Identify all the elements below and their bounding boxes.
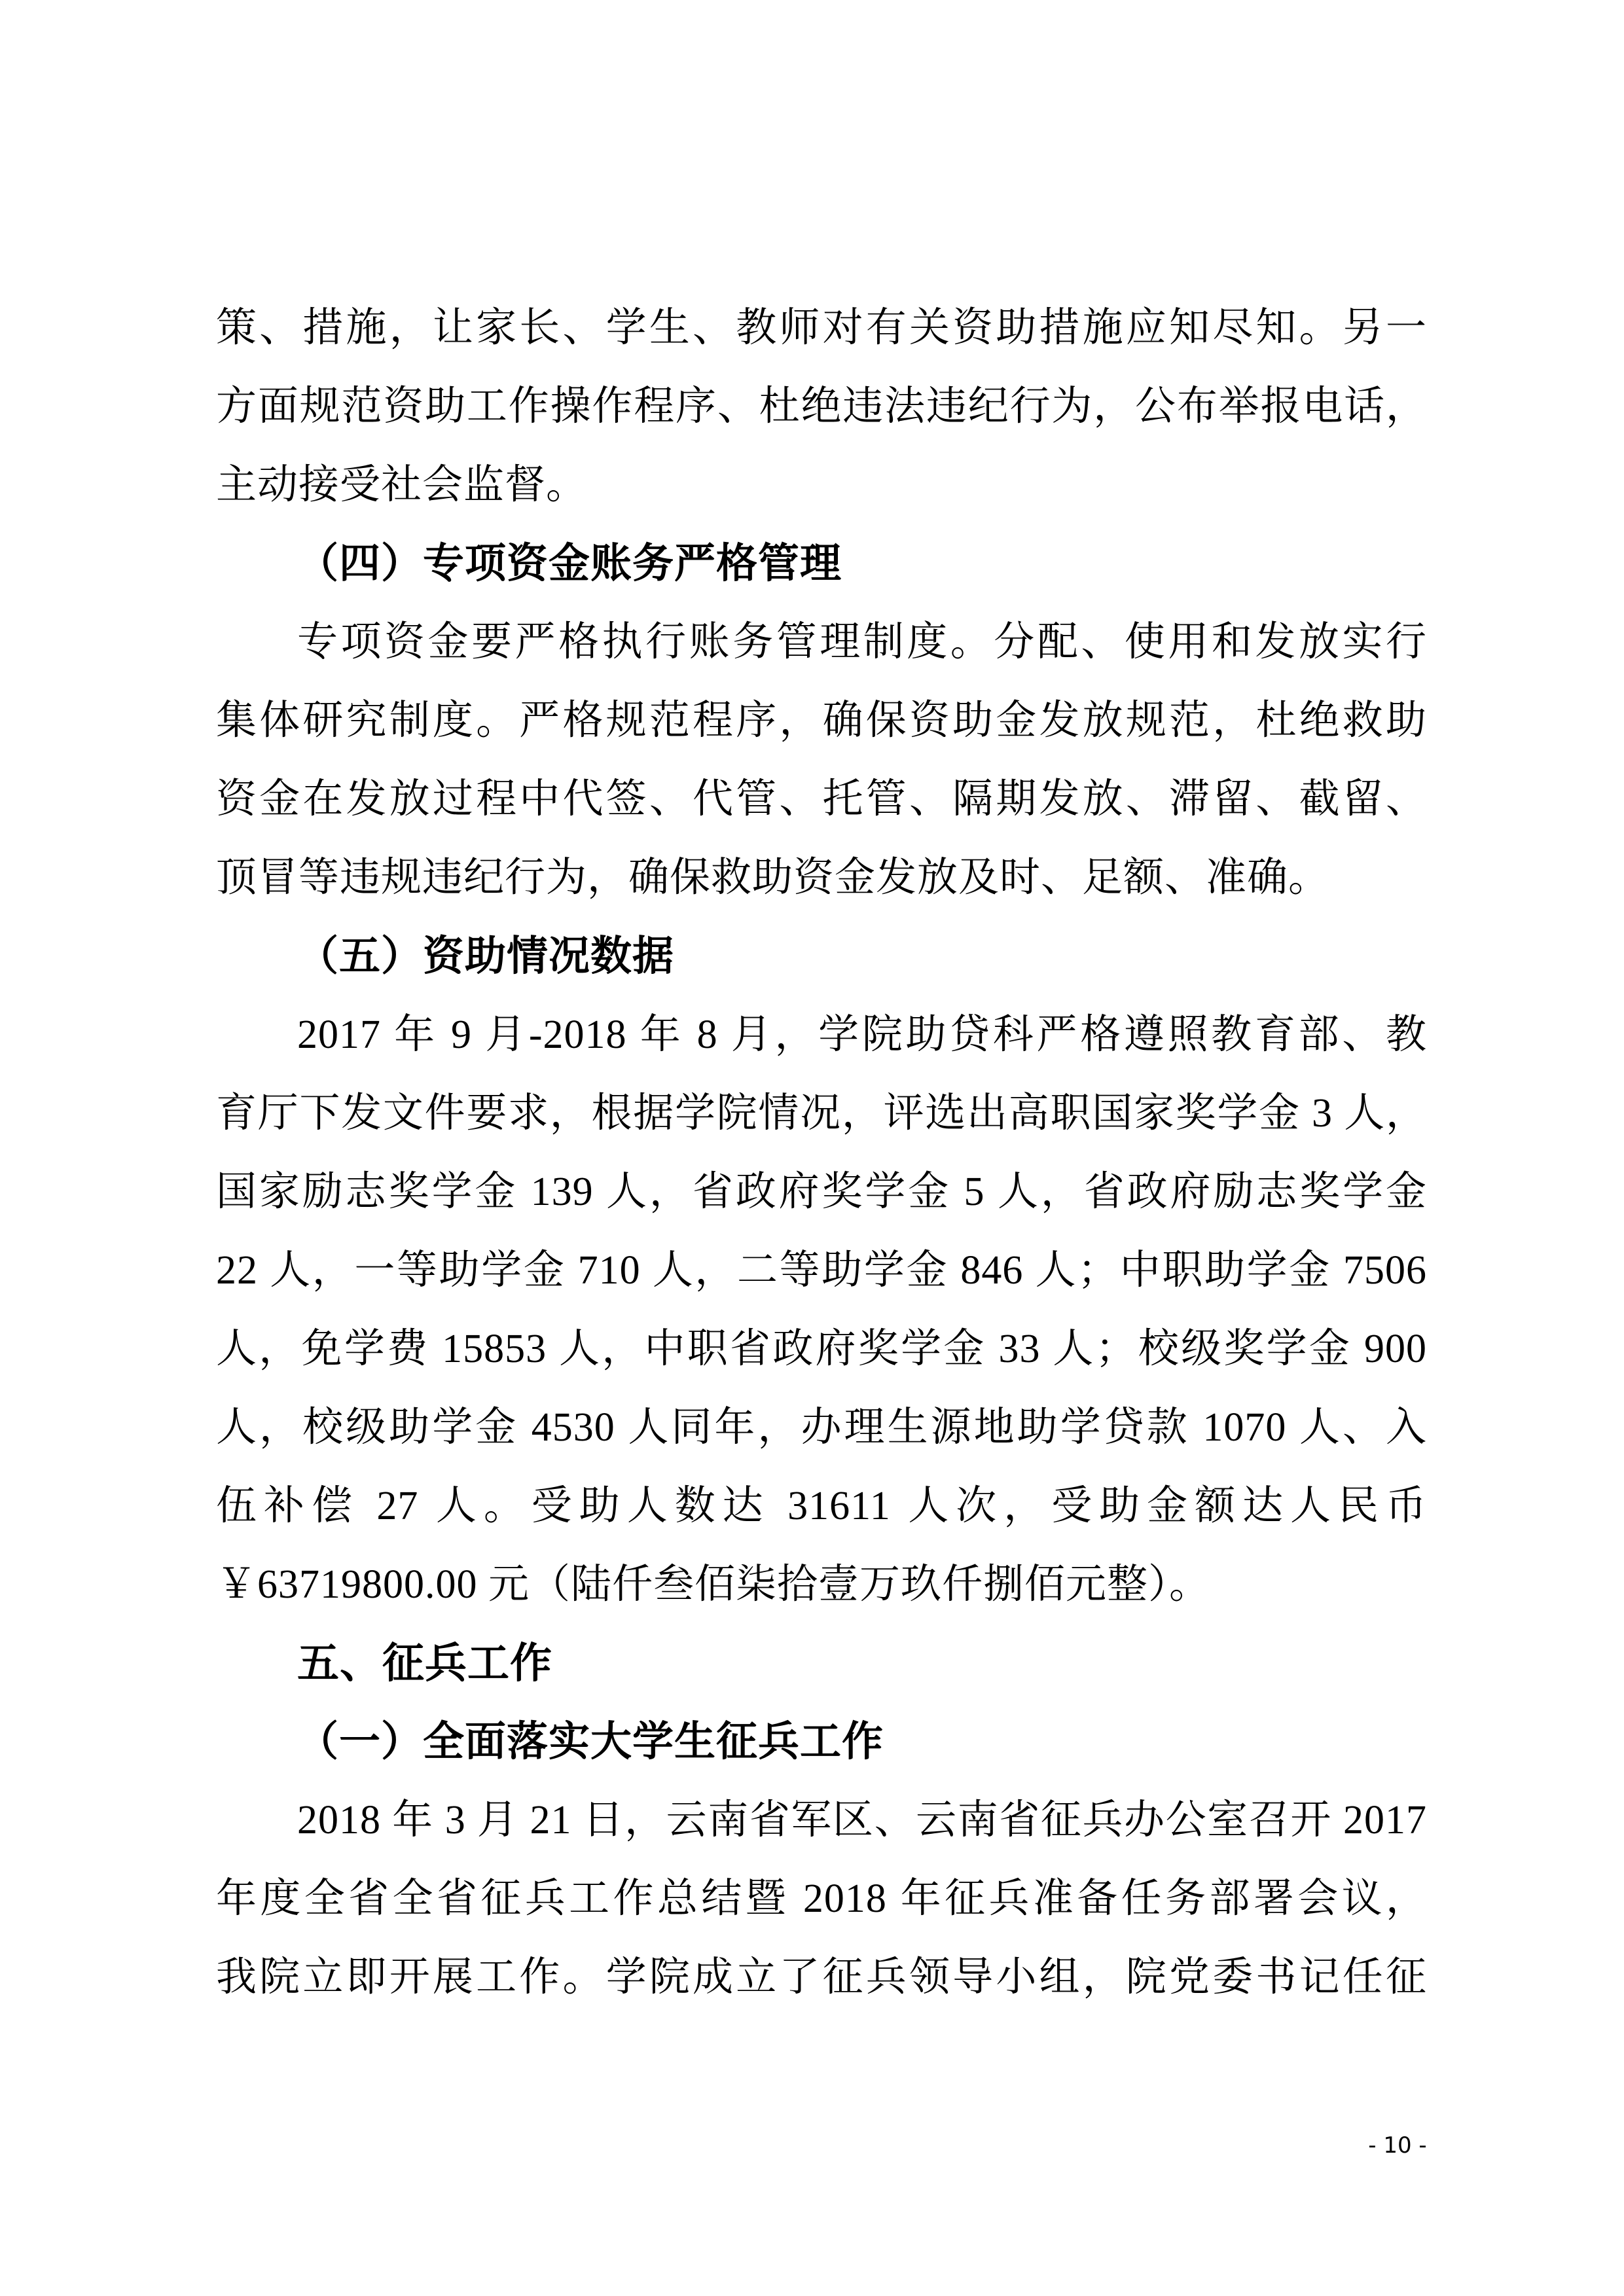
text-line: 22 人，一等助学金 710 人，二等助学金 846 人；中职助学金 7506: [216, 1231, 1427, 1310]
text-line: 我院立即开展工作。学院成立了征兵领导小组，院党委书记任征: [216, 1938, 1427, 2017]
text-block: 策、措施，让家长、学生、教师对有关资助措施应知尽知。另一方面规范资助工作操作程序…: [216, 289, 1427, 2017]
text-line: 伍补偿 27 人。受助人数达 31611 人次，受助金额达人民币: [216, 1467, 1427, 1545]
page-number: - 10 -: [1335, 2127, 1460, 2164]
text-line: 国家励志奖学金 139 人，省政府奖学金 5 人，省政府励志奖学金: [216, 1153, 1427, 1231]
text-line: ￥63719800.00 元（陆仟叁佰柒拾壹万玖仟捌佰元整）。: [216, 1545, 1427, 1624]
text-line: 人，校级助学金 4530 人同年，办理生源地助学贷款 1070 人、入: [216, 1388, 1427, 1467]
document-page: 策、措施，让家长、学生、教师对有关资助措施应知尽知。另一方面规范资助工作操作程序…: [0, 0, 1624, 2296]
text-line: 专项资金要严格执行账务管理制度。分配、使用和发放实行: [216, 603, 1427, 681]
subsection-heading: （一）全面落实大学生征兵工作: [216, 1702, 1427, 1781]
subsection-heading: （五）资助情况数据: [216, 917, 1427, 996]
text-line: 策、措施，让家长、学生、教师对有关资助措施应知尽知。另一: [216, 289, 1427, 367]
text-line: 2018 年 3 月 21 日，云南省军区、云南省征兵办公室召开 2017: [216, 1781, 1427, 1859]
text-line: 方面规范资助工作操作程序、杜绝违法违纪行为，公布举报电话，: [216, 367, 1427, 446]
text-line: 育厅下发文件要求，根据学院情况，评选出高职国家奖学金 3 人，: [216, 1074, 1427, 1153]
text-line: 2017 年 9 月-2018 年 8 月，学院助贷科严格遵照教育部、教: [216, 996, 1427, 1074]
text-line: 年度全省全省征兵工作总结暨 2018 年征兵准备任务部署会议，: [216, 1859, 1427, 1938]
subsection-heading: （四）专项资金账务严格管理: [216, 524, 1427, 603]
text-line: 资金在发放过程中代签、代管、托管、隔期发放、滞留、截留、: [216, 760, 1427, 838]
text-line: 主动接受社会监督。: [216, 446, 1427, 524]
section-heading: 五、征兵工作: [216, 1624, 1427, 1702]
text-line: 人，免学费 15853 人，中职省政府奖学金 33 人；校级奖学金 900: [216, 1310, 1427, 1388]
text-line: 集体研究制度。严格规范程序，确保资助金发放规范，杜绝救助: [216, 681, 1427, 760]
text-line: 顶冒等违规违纪行为，确保救助资金发放及时、足额、准确。: [216, 838, 1427, 917]
